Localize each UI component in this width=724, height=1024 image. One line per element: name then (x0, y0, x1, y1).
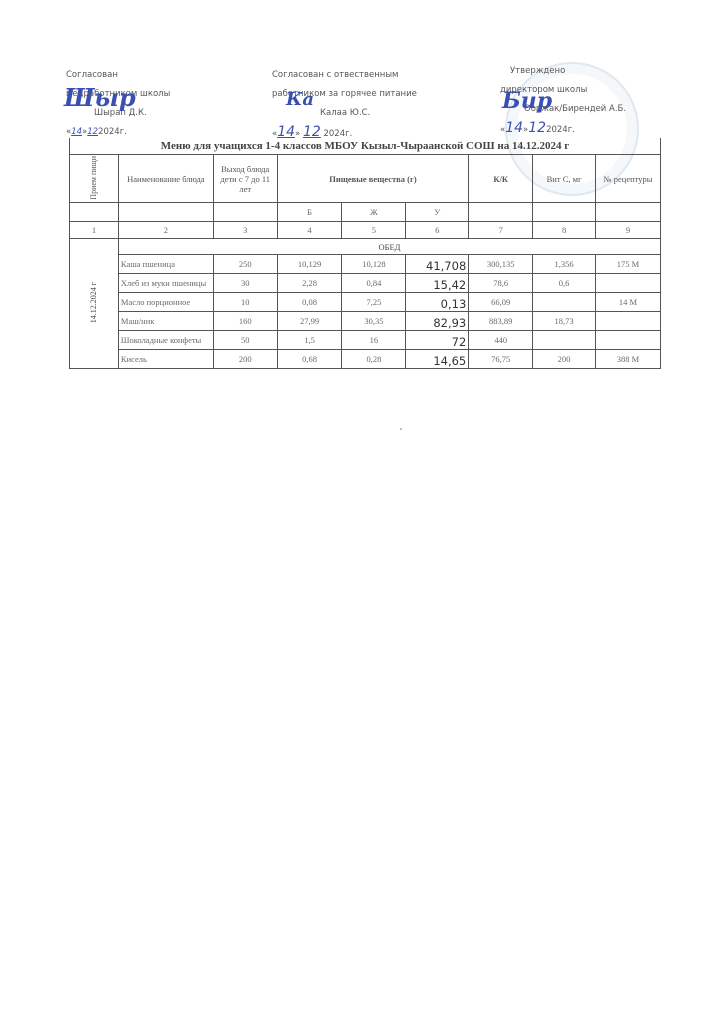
signature-medic: Шыр (64, 88, 136, 107)
subheader-proteins: Б (277, 203, 342, 222)
approval-director: Утверждено директором школы Ооржак/Бирен… (500, 62, 626, 140)
header-dish-name: Наименование блюда (118, 155, 213, 203)
header-portion: Выход блюда дети с 7 до 11 лет (213, 155, 277, 203)
approval-medic-day: 14 (71, 127, 82, 137)
table-row: Каша пшеница 250 10,129 10,128 41,708 30… (70, 255, 661, 274)
table-row: Масло порционное 10 0,08 7,25 0,13 66,09… (70, 293, 661, 312)
approval-director-title: Утверждено (500, 62, 626, 81)
table-row: Маш/ник 160 27,99 30,35 82,93 883,89 18,… (70, 312, 661, 331)
signature-director: Бир (502, 92, 552, 111)
scan-speck (400, 428, 402, 430)
approval-director-date: «14»122024г. (500, 119, 626, 140)
date-cell: 14.12.2024 г (70, 239, 119, 369)
menu-table: Меню для учащихся 1-4 классов МБОУ Кызыл… (69, 138, 661, 369)
subheader-carbs: У (406, 203, 469, 222)
approval-food-title: Согласован с отвественным (272, 66, 417, 85)
approval-director-day: 14 (505, 120, 523, 136)
subheader-fats: Ж (342, 203, 406, 222)
signature-food-officer: Ка (286, 90, 314, 109)
header-vitamin-c: Вит С, мг (533, 155, 596, 203)
header-row: Прием пищи Наименование блюда Выход блюд… (70, 155, 661, 203)
approval-director-month: 12 (528, 120, 546, 136)
approval-medic: Согласован медработником школы Шырап Д.К… (66, 66, 170, 142)
table-row: Хлеб из муки пшеницы 30 2,28 0,84 15,42 … (70, 274, 661, 293)
subheader-row: Б Ж У (70, 203, 661, 222)
header-nutrients: Пищевые вещества (г) (277, 155, 469, 203)
approval-food-officer: Согласован с отвественным работником за … (272, 66, 417, 144)
table-row: Кисель 200 0,68 0,28 14,65 76,75 200 388… (70, 350, 661, 369)
table-row: Шоколадные конфеты 50 1,5 16 72 440 (70, 331, 661, 350)
meal-row: 14.12.2024 г ОБЕД (70, 239, 661, 255)
column-number-row: 1 2 3 4 5 6 7 8 9 (70, 222, 661, 239)
meal-label: ОБЕД (118, 239, 660, 255)
header-kcal: К/К (469, 155, 533, 203)
menu-title: Меню для учащихся 1-4 классов МБОУ Кызыл… (70, 138, 661, 155)
header-meal-time: Прием пищи (70, 155, 119, 203)
approval-medic-month: 12 (87, 127, 98, 137)
header-recipe-number: № рецептуры (596, 155, 661, 203)
